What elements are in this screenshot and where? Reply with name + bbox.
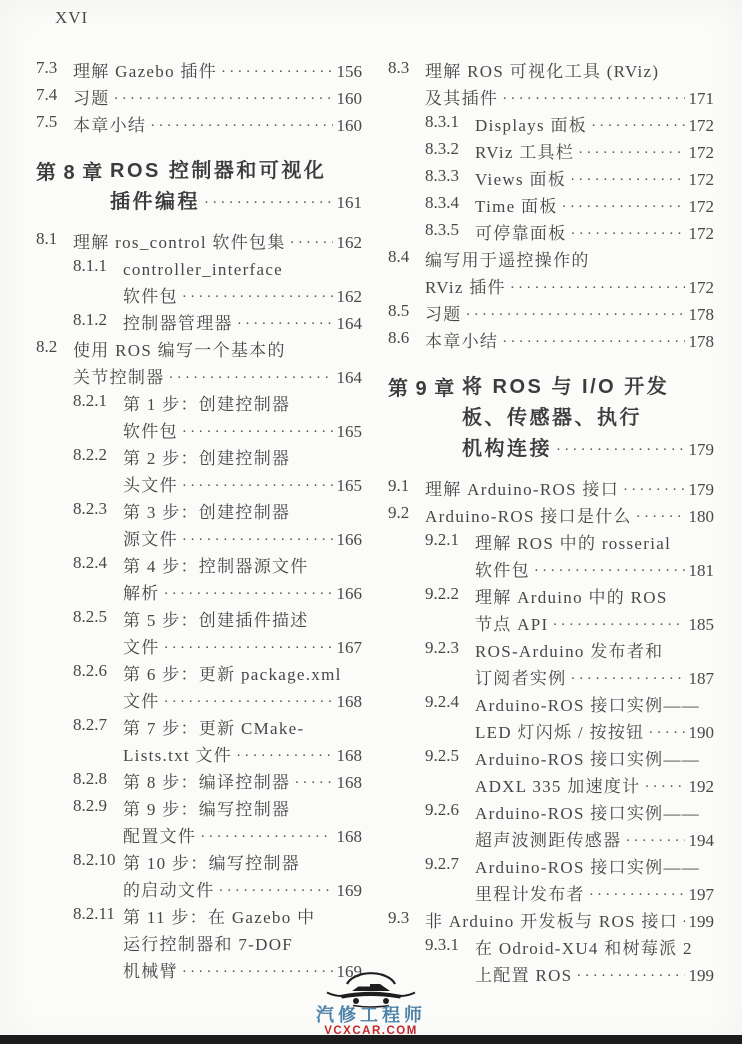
toc-entry-page: 169 — [337, 877, 363, 904]
toc-entry-page: 199 — [689, 962, 715, 989]
toc-entry: 8.3.5可停靠面板172 — [425, 220, 714, 247]
toc-entry-number: 8.2.3 — [73, 499, 123, 519]
toc-entry-page: 168 — [337, 823, 363, 850]
toc-entry-title: 可停靠面板 — [475, 220, 567, 247]
toc-entry: 9.2.5Arduino-ROS 接口实例——ADXL 335 加速度计192 — [425, 746, 714, 800]
toc-entry-number: 第 9 章 — [388, 372, 462, 401]
toc-entry-title: LED 灯闪烁 / 按按钮 — [475, 719, 644, 746]
toc-entry: 8.2.8第 8 步：编译控制器168 — [73, 769, 362, 796]
toc-entry-page: 168 — [337, 742, 363, 769]
toc-entry: 8.2.3第 3 步：创建控制器源文件166 — [73, 499, 362, 553]
toc-entry-page: 192 — [689, 773, 715, 800]
dot-leader — [219, 882, 333, 900]
toc-entry-page: 172 — [689, 193, 715, 220]
toc-entry: 9.2.7Arduino-ROS 接口实例——里程计发布者197 — [425, 854, 714, 908]
dot-leader — [570, 171, 684, 189]
toc-entry-title: RViz 插件 — [425, 274, 506, 301]
dot-leader — [571, 670, 685, 688]
toc-entry-number: 8.1 — [36, 229, 73, 249]
toc-entry: 第 9 章将 ROS 与 I/O 开发板、传感器、执行机构连接179 — [388, 372, 714, 465]
toc-entry-page: 190 — [689, 719, 715, 746]
toc-entry-number: 9.2.1 — [425, 530, 475, 550]
toc-entry: 8.2.6第 6 步：更新 package.xml文件168 — [73, 661, 362, 715]
toc-entry-number: 9.2.5 — [425, 746, 475, 766]
toc-entry-number: 8.2 — [36, 337, 73, 357]
toc-entry: 8.6本章小结178 — [388, 328, 714, 355]
toc-entry-number: 第 8 章 — [36, 156, 110, 185]
dot-leader — [204, 194, 333, 212]
toc-entry-title: 文件 — [123, 634, 160, 661]
dot-leader — [576, 967, 684, 985]
toc-entry-title: 关节控制器 — [73, 364, 165, 391]
dot-leader — [164, 639, 333, 657]
toc-entry-page: 172 — [689, 139, 715, 166]
toc-entry-number: 9.3 — [388, 908, 425, 928]
toc-entry-page: 168 — [337, 769, 363, 796]
dot-leader — [589, 886, 685, 904]
toc-entry-title: 上配置 ROS — [475, 962, 572, 989]
toc-entry-title: 源文件 — [123, 526, 178, 553]
watermark-brand: 汽修工程师 — [316, 1006, 426, 1024]
toc-entry-title: ROS-Arduino 发布者和 — [475, 638, 663, 665]
toc-entry-page: 187 — [689, 665, 715, 692]
toc-column-right: 8.3理解 ROS 可视化工具 (RViz)及其插件1718.3.1Displa… — [388, 58, 714, 989]
toc-entry-number: 8.2.10 — [73, 850, 123, 870]
toc-entry: 8.1理解 ros_control 软件包集162 — [36, 229, 362, 256]
dot-leader — [237, 315, 333, 333]
toc-entry-title: 习题 — [73, 85, 110, 112]
toc-entry-title: 超声波测距传感器 — [475, 827, 621, 854]
toc-entry-page: 162 — [337, 229, 363, 256]
toc-entry-title: 理解 Arduino 中的 ROS — [475, 584, 668, 611]
toc-entry: 8.3.1Displays 面板172 — [425, 112, 714, 139]
toc-entry-page: 181 — [689, 557, 715, 584]
toc-entry: 8.3.2RViz 工具栏172 — [425, 139, 714, 166]
toc-entry-title: 理解 Arduino-ROS 接口 — [425, 476, 619, 503]
toc-entry-title: 机构连接 — [462, 434, 552, 465]
dot-leader — [164, 693, 333, 711]
toc-entry-title: Displays 面板 — [475, 112, 587, 139]
dot-leader — [182, 477, 333, 495]
dot-leader — [623, 481, 685, 499]
toc-entry-number: 9.1 — [388, 476, 425, 496]
dot-leader — [534, 562, 685, 580]
toc-entry-page: 166 — [337, 580, 363, 607]
toc-entry-number: 9.2.7 — [425, 854, 475, 874]
toc-entry-page: 179 — [689, 476, 715, 503]
toc-entry-title: 运行控制器和 7-DOF — [123, 931, 293, 958]
toc-entry-title: Time 面板 — [475, 193, 558, 220]
page-number: XVI — [55, 8, 88, 28]
dot-leader — [625, 832, 684, 850]
toc-entry-title: 第 1 步：创建控制器 — [123, 391, 290, 418]
toc-entry: 8.2.4第 4 步：控制器源文件解析166 — [73, 553, 362, 607]
toc-entry-number: 9.2.4 — [425, 692, 475, 712]
toc-entry-page: 165 — [337, 418, 363, 445]
toc-entry-page: 199 — [689, 908, 715, 935]
toc-entry-number: 7.4 — [36, 85, 73, 105]
toc-entry-page: 172 — [689, 220, 715, 247]
toc-entry-title: 第 10 步：编写控制器 — [123, 850, 300, 877]
toc-entry-page: 172 — [689, 112, 715, 139]
toc-entry-title: 第 2 步：创建控制器 — [123, 445, 290, 472]
toc-column-left: 7.3理解 Gazebo 插件1567.4习题1607.5本章小结160第 8 … — [36, 58, 362, 989]
toc-entry: 8.1.2控制器管理器164 — [73, 310, 362, 337]
toc-entry-page: 156 — [337, 58, 363, 85]
toc-entry-number: 8.4 — [388, 247, 425, 267]
toc-entry: 8.4编写用于遥控操作的RViz 插件172 — [388, 247, 714, 301]
toc-entry-number: 8.2.11 — [73, 904, 123, 924]
toc-entry: 9.2.1理解 ROS 中的 rosserial软件包181 — [425, 530, 714, 584]
toc-entry-title: controller_interface — [123, 256, 283, 283]
dot-leader — [114, 90, 333, 108]
toc-entry-number: 8.1.2 — [73, 310, 123, 330]
toc-entry-title: Arduino-ROS 接口是什么 — [425, 503, 632, 530]
toc-entry: 9.3.1在 Odroid-XU4 和树莓派 2上配置 ROS199 — [425, 935, 714, 989]
toc-entry-title: 里程计发布者 — [475, 881, 585, 908]
dot-leader — [466, 306, 685, 324]
toc-entry-page: 165 — [337, 472, 363, 499]
dot-leader — [502, 333, 684, 351]
toc-entry-title: 节点 API — [475, 611, 548, 638]
toc-entry: 8.2使用 ROS 编写一个基本的关节控制器164 — [36, 337, 362, 391]
dot-leader — [502, 90, 684, 108]
toc-entry-title: 解析 — [123, 580, 160, 607]
toc-entry-page: 178 — [689, 301, 715, 328]
toc-entry-title: 本章小结 — [73, 112, 146, 139]
toc-entry-title: 订阅者实例 — [475, 665, 567, 692]
toc-entry: 9.1理解 Arduino-ROS 接口179 — [388, 476, 714, 503]
toc-entry-title: 本章小结 — [425, 328, 498, 355]
toc-entry: 8.2.1第 1 步：创建控制器软件包165 — [73, 391, 362, 445]
toc-entry: 7.4习题160 — [36, 85, 362, 112]
toc-entry-page: 180 — [689, 503, 715, 530]
toc-entry-number: 8.2.9 — [73, 796, 123, 816]
toc-entry-number: 9.2.2 — [425, 584, 475, 604]
dot-leader — [221, 63, 332, 81]
toc-entry-title: 在 Odroid-XU4 和树莓派 2 — [475, 935, 693, 962]
toc-entry-title: Views 面板 — [475, 166, 566, 193]
toc-entry-number: 9.2.6 — [425, 800, 475, 820]
toc-entry: 8.2.10第 10 步：编写控制器的启动文件169 — [73, 850, 362, 904]
toc-entry-page: 168 — [337, 688, 363, 715]
toc-entry-title: ADXL 335 加速度计 — [475, 773, 640, 800]
toc-entry: 8.3.4Time 面板172 — [425, 193, 714, 220]
dot-leader — [182, 963, 333, 981]
toc-entry-title: 第 3 步：创建控制器 — [123, 499, 290, 526]
toc-entry-page: 161 — [337, 187, 363, 218]
dot-leader — [636, 508, 685, 526]
toc-entry-number: 8.3.4 — [425, 193, 475, 213]
toc-entry-number: 7.5 — [36, 112, 73, 132]
toc-entry-title: 软件包 — [123, 283, 178, 310]
dot-leader — [150, 117, 332, 135]
toc-entry-page: 179 — [689, 434, 715, 465]
toc-entry-title: 插件编程 — [110, 187, 200, 218]
toc-entry: 9.3非 Arduino 开发板与 ROS 接口199 — [388, 908, 714, 935]
toc-entry: 8.2.2第 2 步：创建控制器头文件165 — [73, 445, 362, 499]
toc-entry-title: 使用 ROS 编写一个基本的 — [73, 337, 286, 364]
dot-leader — [182, 423, 333, 441]
toc-entry: 7.3理解 Gazebo 插件156 — [36, 58, 362, 85]
toc-entry-number: 8.2.1 — [73, 391, 123, 411]
toc-entry-number: 8.2.2 — [73, 445, 123, 465]
toc-entry: 9.2.2理解 Arduino 中的 ROS节点 API185 — [425, 584, 714, 638]
toc-entry-title: 第 9 步：编写控制器 — [123, 796, 290, 823]
toc-entry: 9.2Arduino-ROS 接口是什么180 — [388, 503, 714, 530]
toc-entry: 8.5习题178 — [388, 301, 714, 328]
toc-entry: 9.2.4Arduino-ROS 接口实例——LED 灯闪烁 / 按按钮190 — [425, 692, 714, 746]
toc-entry-title: 文件 — [123, 688, 160, 715]
toc-entry-page: 160 — [337, 112, 363, 139]
toc-entry-number: 8.2.5 — [73, 607, 123, 627]
dot-leader — [571, 225, 685, 243]
dot-leader — [164, 585, 333, 603]
toc-entry-number: 8.2.7 — [73, 715, 123, 735]
toc-entry: 8.2.9第 9 步：编写控制器配置文件168 — [73, 796, 362, 850]
dot-leader — [591, 117, 684, 135]
toc-entry-page: 178 — [689, 328, 715, 355]
toc-entry-page: 166 — [337, 526, 363, 553]
toc-entry-title: 板、传感器、执行 — [462, 403, 642, 434]
toc-entry-page: 185 — [689, 611, 715, 638]
toc-entry-title: 理解 ros_control 软件包集 — [73, 229, 286, 256]
dot-leader — [200, 828, 332, 846]
toc-entry-number: 9.2.3 — [425, 638, 475, 658]
dot-leader — [644, 778, 684, 796]
toc-entry-page: 194 — [689, 827, 715, 854]
toc-entry-number: 9.3.1 — [425, 935, 475, 955]
toc-entry: 第 8 章ROS 控制器和可视化插件编程161 — [36, 156, 362, 218]
dot-leader — [290, 234, 333, 252]
toc-entry-title: 第 4 步：控制器源文件 — [123, 553, 309, 580]
toc-entry-title: 将 ROS 与 I/O 开发 — [462, 372, 669, 403]
dot-leader — [294, 774, 332, 792]
toc-entry: 8.3.3Views 面板172 — [425, 166, 714, 193]
toc-columns: 7.3理解 Gazebo 插件1567.4习题1607.5本章小结160第 8 … — [36, 58, 714, 989]
toc-entry-number: 8.3 — [388, 58, 425, 78]
toc-entry-title: 软件包 — [123, 418, 178, 445]
toc-entry-page: 172 — [689, 166, 715, 193]
toc-entry-number: 7.3 — [36, 58, 73, 78]
toc-entry-page: 162 — [337, 283, 363, 310]
toc-entry-number: 8.6 — [388, 328, 425, 348]
dot-leader — [552, 616, 684, 634]
toc-entry-page: 164 — [337, 310, 363, 337]
toc-entry-number: 8.3.3 — [425, 166, 475, 186]
toc-entry-title: RViz 工具栏 — [475, 139, 574, 166]
toc-entry-title: Lists.txt 文件 — [123, 742, 232, 769]
toc-entry-title: 理解 Gazebo 插件 — [73, 58, 217, 85]
toc-entry-title: 习题 — [425, 301, 462, 328]
toc-entry: 9.2.6Arduino-ROS 接口实例——超声波测距传感器194 — [425, 800, 714, 854]
dot-leader — [169, 369, 333, 387]
toc-entry-title: 理解 ROS 中的 rosserial — [475, 530, 671, 557]
toc-entry-title: 头文件 — [123, 472, 178, 499]
toc-entry-page: 197 — [689, 881, 715, 908]
toc-entry-title: 编写用于遥控操作的 — [425, 247, 590, 274]
watermark-domain: VCXCAR.COM — [316, 1026, 426, 1038]
toc-entry-number: 8.2.4 — [73, 553, 123, 573]
toc-entry-page: 172 — [689, 274, 715, 301]
toc-entry-title: 理解 ROS 可视化工具 (RViz) — [425, 58, 659, 85]
toc-entry: 8.3理解 ROS 可视化工具 (RViz)及其插件171 — [388, 58, 714, 112]
toc-entry-number: 8.5 — [388, 301, 425, 321]
car-logo-icon — [325, 971, 417, 1008]
toc-entry-title: 第 7 步：更新 CMake- — [123, 715, 304, 742]
toc-entry-page: 164 — [337, 364, 363, 391]
dot-leader — [182, 531, 333, 549]
toc-entry: 8.2.5第 5 步：创建插件描述文件167 — [73, 607, 362, 661]
toc-entry-title: 非 Arduino 开发板与 ROS 接口 — [425, 908, 678, 935]
toc-entry-page: 171 — [689, 85, 715, 112]
toc-entry: 9.2.3ROS-Arduino 发布者和订阅者实例187 — [425, 638, 714, 692]
toc-entry-number: 9.2 — [388, 503, 425, 523]
dot-leader — [182, 288, 333, 306]
dot-leader — [682, 913, 684, 931]
toc-entry-title: Arduino-ROS 接口实例—— — [475, 854, 700, 881]
toc-entry: 7.5本章小结160 — [36, 112, 362, 139]
toc-entry-title: 及其插件 — [425, 85, 498, 112]
toc-entry-title: Arduino-ROS 接口实例—— — [475, 800, 700, 827]
dot-leader — [556, 441, 685, 459]
dot-leader — [578, 144, 684, 162]
watermark: 汽修工程师 VCXCAR.COM — [316, 971, 426, 1038]
dot-leader — [510, 279, 685, 297]
toc-entry-title: 的启动文件 — [123, 877, 215, 904]
toc-entry-title: Arduino-ROS 接口实例—— — [475, 692, 700, 719]
toc-entry-title: 第 8 步：编译控制器 — [123, 769, 290, 796]
toc-entry-number: 8.3.5 — [425, 220, 475, 240]
toc-entry-page: 160 — [337, 85, 363, 112]
toc-entry: 8.2.7第 7 步：更新 CMake-Lists.txt 文件168 — [73, 715, 362, 769]
toc-entry-title: 机械臂 — [123, 958, 178, 985]
toc-entry-page: 167 — [337, 634, 363, 661]
toc-entry-title: 配置文件 — [123, 823, 196, 850]
toc-entry-number: 8.2.8 — [73, 769, 123, 789]
toc-entry-title: 控制器管理器 — [123, 310, 233, 337]
toc-entry-number: 8.3.2 — [425, 139, 475, 159]
dot-leader — [236, 747, 332, 765]
toc-entry-title: 软件包 — [475, 557, 530, 584]
toc-entry-number: 8.3.1 — [425, 112, 475, 132]
toc-entry-number: 8.2.6 — [73, 661, 123, 681]
toc-entry-title: 第 11 步：在 Gazebo 中 — [123, 904, 315, 931]
toc-entry: 8.1.1controller_interface软件包162 — [73, 256, 362, 310]
toc-page: XVI 7.3理解 Gazebo 插件1567.4习题1607.5本章小结160… — [0, 0, 742, 1044]
toc-entry-title: ROS 控制器和可视化 — [110, 156, 326, 187]
toc-entry-title: Arduino-ROS 接口实例—— — [475, 746, 700, 773]
toc-entry-number: 8.1.1 — [73, 256, 123, 276]
toc-entry-title: 第 6 步：更新 package.xml — [123, 661, 342, 688]
toc-entry-title: 第 5 步：创建插件描述 — [123, 607, 309, 634]
dot-leader — [562, 198, 685, 216]
dot-leader — [648, 724, 684, 742]
